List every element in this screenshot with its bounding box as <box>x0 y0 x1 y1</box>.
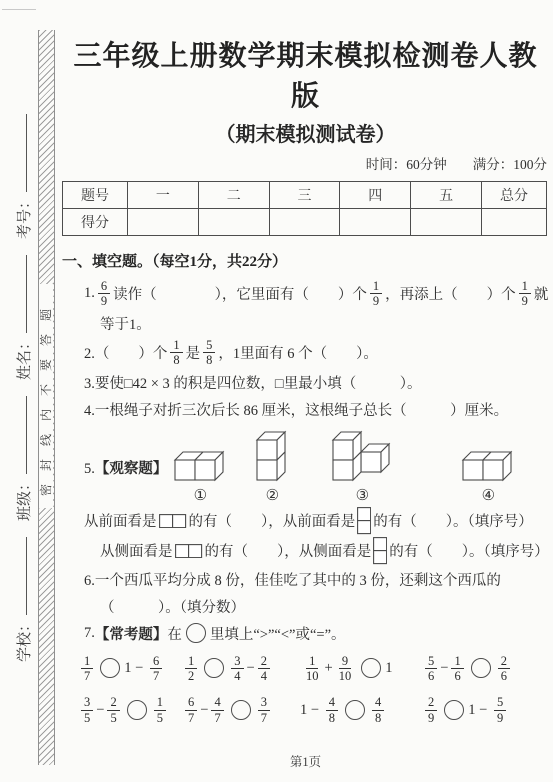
fraction: 58 <box>203 338 215 368</box>
comparison-item: 171 − 67 <box>78 654 182 684</box>
fraction-denominator: 8 <box>372 711 384 725</box>
fraction: 24 <box>258 654 270 684</box>
comparison-circle <box>444 700 464 720</box>
fraction-denominator: 7 <box>150 669 162 683</box>
text-run: − <box>247 660 255 677</box>
comparison-circle <box>100 658 120 678</box>
fraction-denominator: 5 <box>81 711 93 725</box>
text-run: ，1里面有 6 个（ ）。 <box>218 342 378 363</box>
fraction: 48 <box>326 695 338 725</box>
question-line: 等于1。 <box>62 311 549 336</box>
score-cell <box>340 209 411 236</box>
section-heading: 一、填空题。（每空1分，共22分） <box>62 250 549 271</box>
fraction-numerator: 2 <box>498 654 510 669</box>
fraction-denominator: 6 <box>498 669 510 683</box>
figure-number: ② <box>266 486 279 505</box>
question-1: 1.69读作（ ），它里面有（ ）个19，再添上（ ）个19就等于1。 <box>62 279 549 336</box>
field-blank-line <box>25 255 27 333</box>
fraction: 34 <box>231 654 243 684</box>
fraction-numerator: 2 <box>425 695 437 710</box>
text-run: 1 − <box>468 702 491 719</box>
text-run: + <box>325 660 333 677</box>
text-run: 等于1。 <box>100 313 151 334</box>
text-run: − <box>440 660 448 677</box>
fraction-denominator: 2 <box>185 669 197 683</box>
fraction-denominator: 10 <box>303 669 322 683</box>
fraction: 67 <box>150 654 162 684</box>
score-table-header-cell: 题号 <box>63 182 128 209</box>
question-7: 7.【常考题】在里填上“>”“<”或“=”。 <box>62 621 549 646</box>
full-score-label: 满分：100分 <box>473 157 547 172</box>
comparison-item: 291 − 59 <box>422 695 532 725</box>
fraction: 15 <box>154 695 166 725</box>
question-4: 4.一根绳子对折三次后长 86 厘米，这根绳子总长（ ）厘米。 <box>62 397 549 422</box>
cubes-two-row-icon <box>461 450 515 484</box>
question-6: 6.一个西瓜平均分成 8 份，佳佳吃了其中的 3 份，还剩这个西瓜的（ ）。（填… <box>62 567 549 619</box>
exam-subtitle: （期末模拟测试卷） <box>62 118 549 147</box>
score-table-header-cell: 一 <box>128 182 199 209</box>
score-cell <box>411 209 482 236</box>
question-line: 4.一根绳子对折三次后长 86 厘米，这根绳子总长（ ）厘米。 <box>62 397 549 422</box>
fraction-numerator: 4 <box>326 695 338 710</box>
fraction: 12 <box>185 654 197 684</box>
fraction: 25 <box>107 695 119 725</box>
cube-figure: ④ <box>461 450 515 505</box>
question-3: 3.要使□42 × 3 的积是四位数，□里最小填（ ）。 <box>62 370 549 395</box>
fraction: 67 <box>185 695 197 725</box>
text-run: − <box>96 702 104 719</box>
fraction-numerator: 3 <box>81 695 93 710</box>
fraction-numerator: 6 <box>150 654 162 669</box>
fraction: 26 <box>498 654 510 684</box>
question-2: 2.（ ）个18是58，1里面有 6 个（ ）。 <box>62 338 549 368</box>
fraction-denominator: 8 <box>170 353 182 367</box>
fraction-numerator: 1 <box>451 654 463 669</box>
comparison-item: 67−4737 <box>182 695 300 725</box>
fraction-numerator: 2 <box>107 695 119 710</box>
text-run: （ ）。（填分数） <box>100 596 245 617</box>
field-label: 考号： <box>17 194 33 239</box>
cube-figure: ③ <box>331 430 393 505</box>
fraction-denominator: 10 <box>336 669 355 683</box>
score-table-header-cell: 三 <box>269 182 340 209</box>
cube-figure: ② <box>255 430 289 505</box>
text-run: 读作（ ），它里面有（ ）个 <box>113 283 367 304</box>
text-run: 里填上“>”“<”或“=”。 <box>210 623 346 644</box>
question-line: （ ）。（填分数） <box>62 594 549 619</box>
text-run: 从侧面看是 <box>100 540 173 561</box>
fraction: 35 <box>81 695 93 725</box>
text-run: 7. <box>84 625 95 642</box>
question-line: 2.（ ）个18是58，1里面有 6 个（ ）。 <box>62 338 549 368</box>
fraction: 19 <box>519 279 531 309</box>
fraction-denominator: 8 <box>326 711 338 725</box>
score-table-header-cell: 二 <box>198 182 269 209</box>
comparison-item: 1 − 4848 <box>300 695 422 725</box>
cubes-l-shape-icon <box>331 430 393 484</box>
score-table-header-cell: 五 <box>411 182 482 209</box>
student-info-field: 考号： <box>14 114 36 239</box>
question-5-view-lines: 从前面看是的有（ ），从前面看是的有（ ）。（填序号）从侧面看是的有（ ），从侧… <box>62 507 549 565</box>
cubes-two-stack-icon <box>255 430 289 484</box>
fraction: 17 <box>81 654 93 684</box>
text-run: 4.一根绳子对折三次后长 86 厘米，这根绳子总长（ ）厘米。 <box>84 399 508 420</box>
page-footer: 第1页 <box>62 752 549 770</box>
score-cell <box>269 209 340 236</box>
fraction-denominator: 7 <box>185 711 197 725</box>
fraction: 18 <box>170 338 182 368</box>
squares-2-col-icon <box>373 537 387 565</box>
text-run: 的有（ ）。（填序号） <box>389 540 549 561</box>
fraction-denominator: 9 <box>370 294 382 308</box>
text-run: 的有（ ），从前面看是 <box>189 510 356 531</box>
comparison-item: 35−2515 <box>78 695 182 725</box>
seal-line-text: 密封线内不要答题 <box>39 284 53 508</box>
fraction-numerator: 1 <box>185 654 197 669</box>
squares-2-col-icon <box>357 507 371 535</box>
fraction: 59 <box>494 695 506 725</box>
text-run: ，再添上（ ）个 <box>385 283 516 304</box>
comparison-circle <box>204 658 224 678</box>
fraction: 110 <box>303 654 322 684</box>
comparison-item: 56−1626 <box>422 654 532 684</box>
fraction-numerator: 6 <box>185 695 197 710</box>
text-run: 从前面看是 <box>84 510 157 531</box>
comparison-circle <box>127 700 147 720</box>
fraction-denominator: 9 <box>98 294 110 308</box>
fraction-numerator: 1 <box>306 654 318 669</box>
fraction-denominator: 8 <box>203 353 215 367</box>
text-run: 【常考题】 <box>95 623 168 644</box>
fraction-numerator: 6 <box>98 279 110 294</box>
fraction-denominator: 5 <box>107 711 119 725</box>
score-row-label: 得分 <box>63 209 128 236</box>
field-label: 班级： <box>17 476 33 521</box>
comparison-circle <box>345 700 365 720</box>
fraction: 19 <box>370 279 382 309</box>
cube-figure: ① <box>173 450 227 505</box>
fraction-numerator: 5 <box>203 338 215 353</box>
score-cell <box>128 209 199 236</box>
question-line: 从侧面看是的有（ ），从侧面看是的有（ ）。（填序号） <box>62 537 549 565</box>
fraction-numerator: 1 <box>154 695 166 710</box>
text-run: 在 <box>167 623 182 644</box>
question-5-figures: 5.【观察题】①②③④ <box>62 430 549 505</box>
score-cell <box>482 209 547 236</box>
fraction-numerator: 3 <box>258 695 270 710</box>
exam-title: 三年级上册数学期末模拟检测卷人教版 <box>62 34 549 114</box>
figure-number: ① <box>194 486 207 505</box>
fraction: 69 <box>98 279 110 309</box>
fraction-denominator: 7 <box>258 711 270 725</box>
score-table-header-cell: 四 <box>340 182 411 209</box>
question-line: 从前面看是的有（ ），从前面看是的有（ ）。（填序号） <box>62 507 549 535</box>
student-info-field: 班级： <box>14 396 36 521</box>
fraction-denominator: 9 <box>519 294 531 308</box>
fraction-numerator: 5 <box>494 695 506 710</box>
student-info-field: 姓名： <box>14 255 36 380</box>
text-run: 2.（ ）个 <box>84 342 167 363</box>
text-run: 的有（ ），从侧面看是 <box>205 540 372 561</box>
fraction-denominator: 7 <box>211 711 223 725</box>
fraction-denominator: 6 <box>425 669 437 683</box>
comparison-item: 1234−24 <box>182 654 300 684</box>
fraction-denominator: 4 <box>231 669 243 683</box>
question-line: 6.一个西瓜平均分成 8 份，佳佳吃了其中的 3 份，还剩这个西瓜的 <box>62 567 549 592</box>
fraction: 48 <box>372 695 384 725</box>
fraction: 47 <box>211 695 223 725</box>
fraction-numerator: 4 <box>372 695 384 710</box>
score-table-score-row: 得分 <box>63 209 547 236</box>
fraction-denominator: 9 <box>425 711 437 725</box>
squares-2-row-icon <box>175 544 203 558</box>
squares-2-row-icon <box>159 514 187 528</box>
text-run: − <box>200 702 208 719</box>
fraction: 56 <box>425 654 437 684</box>
student-info-fields: 学校：班级：姓名：考号： <box>14 70 36 662</box>
question-5-label: 5.【观察题】 <box>84 457 167 478</box>
fraction-numerator: 4 <box>211 695 223 710</box>
question-7-comparisons: 171 − 671234−24110+910156−162635−251567−… <box>62 654 549 726</box>
comparison-circle <box>231 700 251 720</box>
field-blank-line <box>25 396 27 474</box>
fraction: 16 <box>451 654 463 684</box>
question-line: 1.69读作（ ），它里面有（ ）个19，再添上（ ）个19就 <box>62 279 549 309</box>
comparison-circle <box>361 658 381 678</box>
comparison-circle <box>471 658 491 678</box>
text-run: 3.要使□42 × 3 的积是四位数，□里最小填（ ）。 <box>84 372 421 393</box>
fraction-denominator: 6 <box>451 669 463 683</box>
text-run: 【观察题】 <box>95 461 168 477</box>
fraction-numerator: 1 <box>170 338 182 353</box>
field-blank-line <box>25 537 27 615</box>
score-table: 题号一二三四五总分得分 <box>62 181 547 236</box>
time-label: 时间：60分钟 <box>366 157 447 172</box>
score-table-header-cell: 总分 <box>482 182 547 209</box>
field-label: 姓名： <box>17 335 33 380</box>
score-cell <box>198 209 269 236</box>
text-run: 1 − <box>300 702 323 719</box>
fraction-numerator: 1 <box>81 654 93 669</box>
fraction-denominator: 7 <box>81 669 93 683</box>
fraction: 910 <box>336 654 355 684</box>
scan-artifact-line <box>2 9 36 10</box>
fraction: 29 <box>425 695 437 725</box>
fraction: 37 <box>258 695 270 725</box>
fraction-numerator: 5 <box>425 654 437 669</box>
exam-page: 三年级上册数学期末模拟检测卷人教版 （期末模拟测试卷） 时间：60分钟满分：10… <box>62 0 549 725</box>
score-table-header-row: 题号一二三四五总分 <box>63 182 547 209</box>
text-run: 1 − <box>124 660 147 677</box>
fraction-numerator: 3 <box>231 654 243 669</box>
figure-number: ③ <box>356 486 369 505</box>
student-info-field: 学校： <box>14 537 36 662</box>
text-run: 是 <box>186 342 201 363</box>
text-run: 5. <box>84 461 95 477</box>
text-run: 6.一个西瓜平均分成 8 份，佳佳吃了其中的 3 份，还剩这个西瓜的 <box>84 569 501 590</box>
text-run: 1. <box>84 285 95 302</box>
figure-number: ④ <box>482 486 495 505</box>
field-blank-line <box>25 114 27 192</box>
question-line: 7.【常考题】在里填上“>”“<”或“=”。 <box>62 621 549 646</box>
field-label: 学校： <box>17 617 33 662</box>
comparison-circle <box>186 623 206 643</box>
question-line: 3.要使□42 × 3 的积是四位数，□里最小填（ ）。 <box>62 370 549 395</box>
text-run: 就 <box>534 283 549 304</box>
comparison-item: 110+9101 <box>300 654 422 684</box>
fraction-denominator: 5 <box>154 711 166 725</box>
exam-meta: 时间：60分钟满分：100分 <box>62 153 547 173</box>
fraction-numerator: 1 <box>370 279 382 294</box>
text-run: 1 <box>385 660 392 677</box>
fraction-numerator: 2 <box>258 654 270 669</box>
cubes-two-row-icon <box>173 450 227 484</box>
fraction-denominator: 4 <box>258 669 270 683</box>
text-run: 的有（ ）。（填序号） <box>373 510 533 531</box>
fraction-numerator: 1 <box>519 279 531 294</box>
fraction-numerator: 9 <box>339 654 351 669</box>
fraction-denominator: 9 <box>494 711 506 725</box>
